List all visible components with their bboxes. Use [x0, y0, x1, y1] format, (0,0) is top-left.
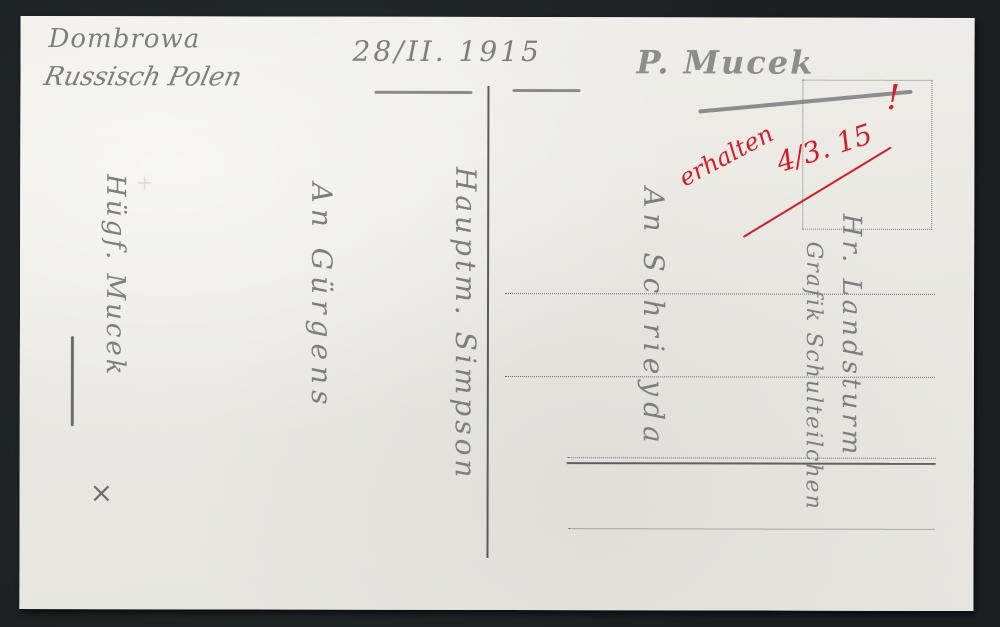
embossed-mark: +: [136, 170, 153, 194]
address-line-2-text: Hr. Landsturm: [836, 214, 867, 459]
red-underline: [19, 16, 974, 611]
address-line-1-text: An Schrieyda: [637, 187, 671, 448]
cross-mark: ×: [90, 476, 114, 509]
left-column-greeting: An Gürgens: [305, 183, 338, 411]
address-line-3-text: Grafik Schulteilchen: [801, 242, 827, 511]
left-column-signature: Hügf. Mucek: [100, 174, 130, 377]
middle-column-name: Hauptm. Simpson: [449, 167, 483, 482]
postcard: Dombrowa Russisch Polen 28/II. 1915 P. M…: [19, 16, 974, 611]
left-column-vertical-bar: [71, 336, 74, 426]
